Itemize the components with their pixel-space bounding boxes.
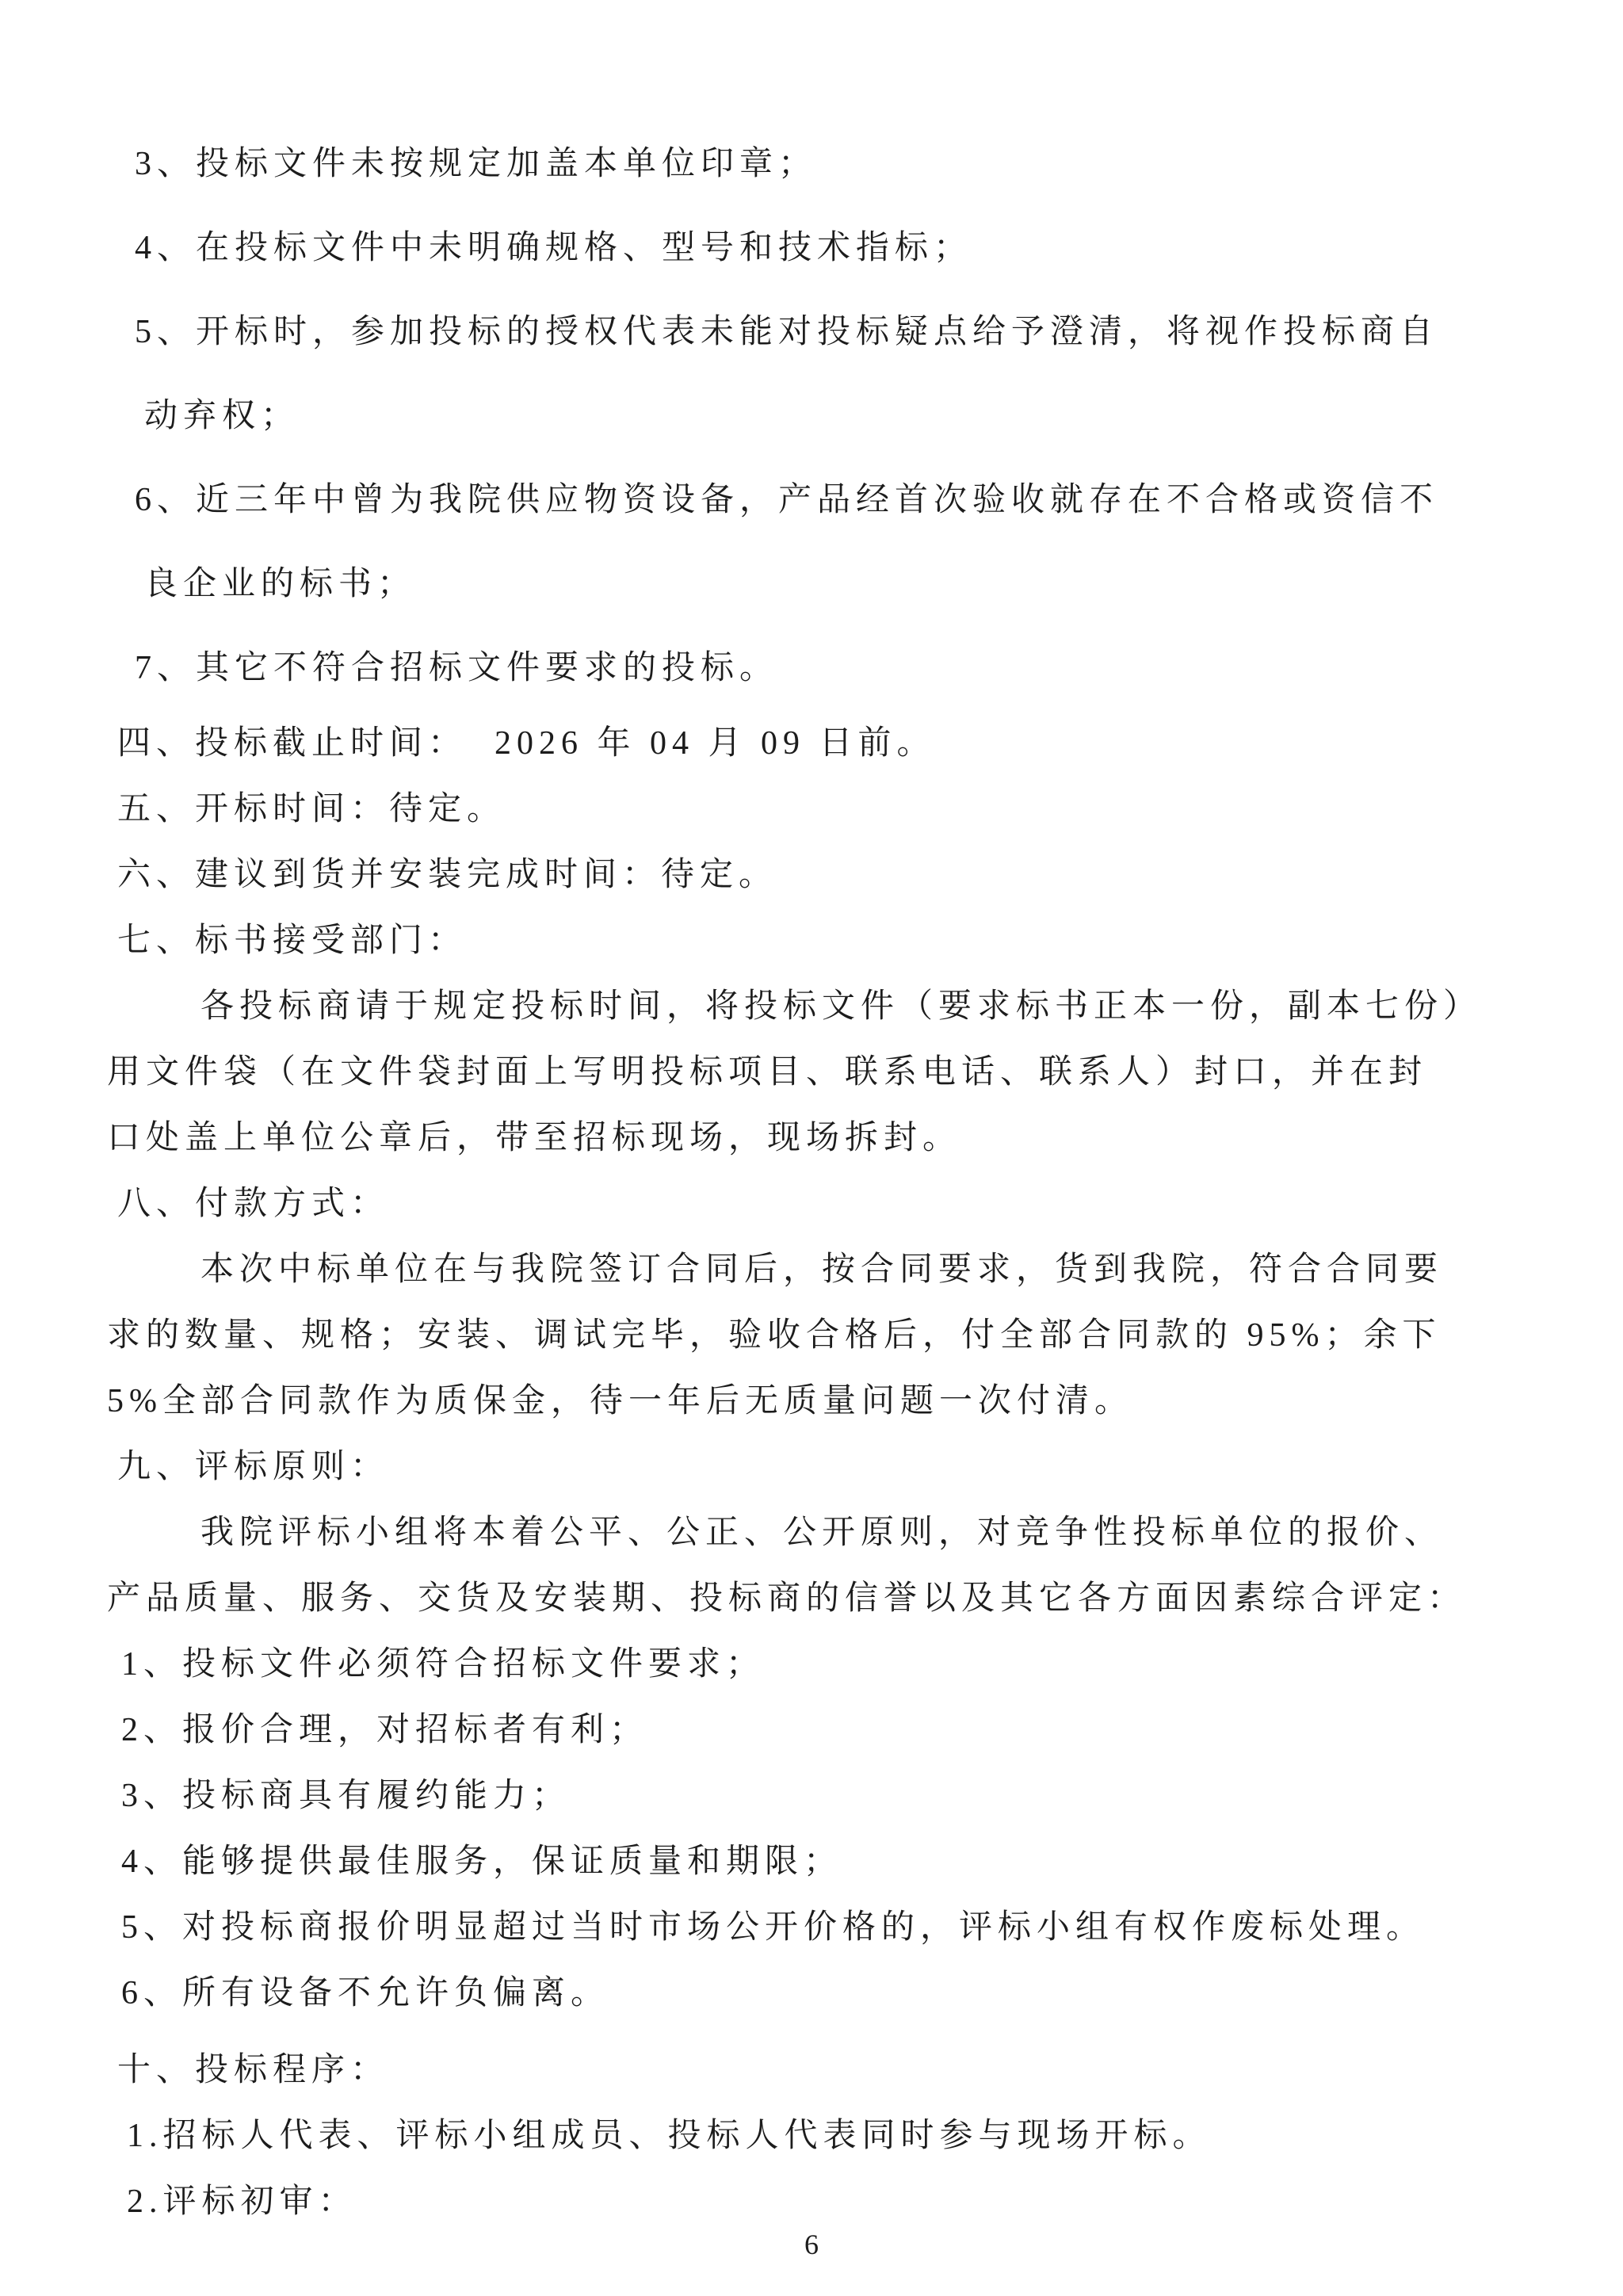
document-line: 求的数量、规格；安装、调试完毕，验收合格后，付全部合同款的 95%；余下 [107, 1299, 1623, 1365]
document-line: 7、其它不符合招标文件要求的投标。 [135, 623, 1623, 707]
document-line: 六、建议到货并安装完成时间：待定。 [117, 839, 1623, 904]
document-line: 五、开标时间：待定。 [117, 773, 1623, 839]
document-line: 九、评标原则： [117, 1431, 1623, 1496]
document-line: 七、标书接受部门： [117, 904, 1623, 970]
document-page: 3、投标文件未按规定加盖本单位印章；4、在投标文件中未明确规格、型号和技术指标；… [0, 0, 1623, 2296]
document-line: 本次中标单位在与我院签订合同后，按合同要求，货到我院，符合合同要 [200, 1233, 1623, 1299]
document-line: 各投标商请于规定投标时间，将投标文件（要求标书正本一份，副本七份） [200, 970, 1623, 1036]
document-line: 5%全部合同款作为质保金，待一年后无质量问题一次付清。 [107, 1365, 1623, 1431]
document-line: 5、开标时，参加投标的授权代表未能对投标疑点给予澄清，将视作投标商自 [135, 287, 1623, 371]
document-line: 2.评标初审： [127, 2165, 1623, 2231]
document-line: 1、投标文件必须符合招标文件要求； [121, 1628, 1623, 1694]
document-line: 2、报价合理，对招标者有利； [121, 1694, 1623, 1759]
document-line: 3、投标文件未按规定加盖本单位印章； [135, 119, 1623, 203]
document-line: 十、投标程序： [117, 2034, 1623, 2099]
document-line: 6、近三年中曾为我院供应物资设备，产品经首次验收就存在不合格或资信不 [135, 455, 1623, 539]
document-line: 4、在投标文件中未明确规格、型号和技术指标； [135, 203, 1623, 287]
document-line: 口处盖上单位公章后，带至招标现场，现场拆封。 [107, 1102, 1623, 1167]
document-line: 5、对投标商报价明显超过当时市场公开价格的，评标小组有权作废标处理。 [121, 1891, 1623, 1957]
document-line: 动弃权； [144, 371, 1623, 455]
document-line: 用文件袋（在文件袋封面上写明投标项目、联系电话、联系人）封口，并在封 [107, 1036, 1623, 1102]
document-line: 四、投标截止时间： 2026 年 04 月 09 日前。 [117, 707, 1623, 773]
document-line: 6、所有设备不允许负偏离。 [121, 1957, 1623, 2023]
page-number: 6 [0, 2228, 1623, 2261]
document-line: 八、付款方式： [117, 1167, 1623, 1233]
document-body: 3、投标文件未按规定加盖本单位印章；4、在投标文件中未明确规格、型号和技术指标；… [0, 119, 1623, 2231]
document-line: 1.招标人代表、评标小组成员、投标人代表同时参与现场开标。 [127, 2099, 1623, 2165]
document-line: 4、能够提供最佳服务，保证质量和期限； [121, 1825, 1623, 1891]
document-line: 良企业的标书； [144, 539, 1623, 623]
document-line: 3、投标商具有履约能力； [121, 1759, 1623, 1825]
document-line: 产品质量、服务、交货及安装期、投标商的信誉以及其它各方面因素综合评定： [107, 1562, 1623, 1628]
document-line: 我院评标小组将本着公平、公正、公开原则，对竞争性投标单位的报价、 [200, 1496, 1623, 1562]
